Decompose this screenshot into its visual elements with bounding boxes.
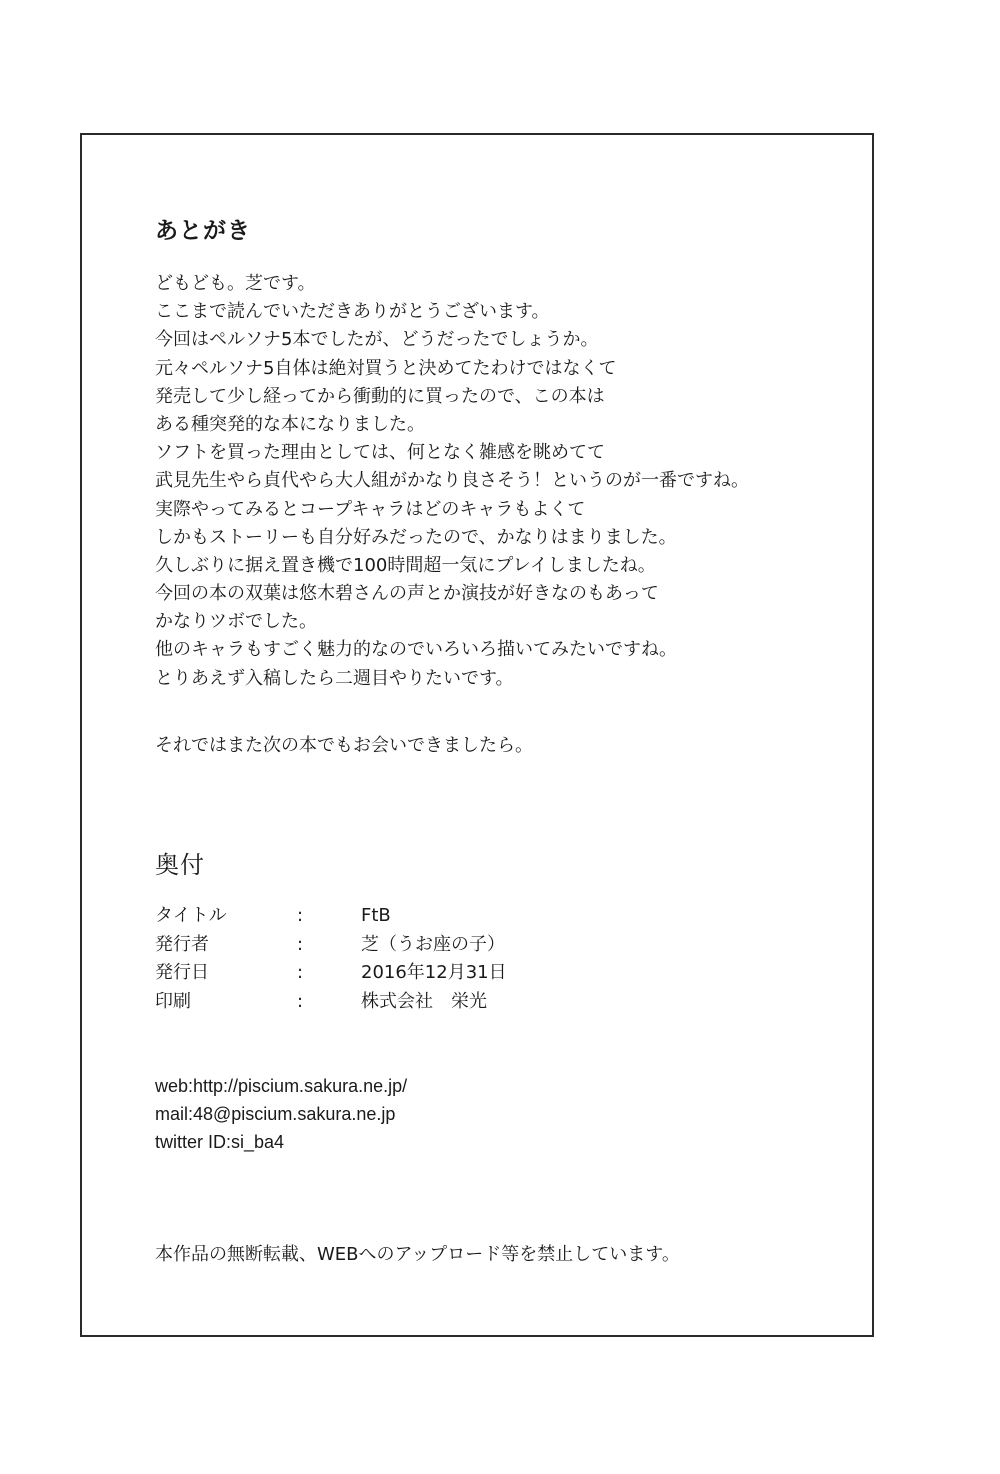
afterword-heading: あとがき (155, 212, 251, 245)
colophon-value: 株式会社 栄光 (361, 988, 487, 1017)
colophon-label: 印刷 (155, 988, 297, 1017)
afterword-line: とりあえず入稿したら二週目やりたいです。 (155, 665, 749, 693)
afterword-line: ある種突発的な本になりました。 (155, 411, 749, 439)
colophon-separator: : (297, 959, 361, 988)
colophon-label: 発行日 (155, 959, 297, 988)
colophon-value: FtB (361, 902, 391, 931)
colophon-separator: : (297, 931, 361, 960)
colophon-row-printer: 印刷 : 株式会社 栄光 (155, 988, 507, 1017)
afterword-line: ここまで読んでいただきありがとうございます。 (155, 298, 749, 326)
afterword-line: ソフトを買った理由としては、何となく雑感を眺めてて (155, 439, 749, 467)
afterword-line: 今回の本の双葉は悠木碧さんの声とか演技が好きなのもあって (155, 580, 749, 608)
afterword-line: 久しぶりに据え置き機で100時間超一気にプレイしましたね。 (155, 552, 749, 580)
afterword-body: どもども。芝です。 ここまで読んでいただきありがとうございます。 今回はペルソナ… (155, 270, 749, 693)
colophon-heading: 奥付 (155, 845, 205, 880)
copyright-notice: 本作品の無断転載、WEBへのアップロード等を禁止しています。 (155, 1240, 680, 1266)
afterword-line: 元々ペルソナ5自体は絶対買うと決めてたわけではなくて (155, 355, 749, 383)
twitter-id: twitter ID:si_ba4 (155, 1128, 407, 1156)
afterword-line: 他のキャラもすごく魅力的なのでいろいろ描いてみたいですね。 (155, 636, 749, 664)
afterword-line: 武見先生やら貞代やら大人組がかなり良さそう！というのが一番ですね。 (155, 467, 749, 495)
afterword-line: かなりツボでした。 (155, 608, 749, 636)
afterword-closing: それではまた次の本でもお会いできましたら。 (155, 731, 533, 757)
colophon-label: タイトル (155, 902, 297, 931)
afterword-line: どもども。芝です。 (155, 270, 749, 298)
mail-address: mail:48@piscium.sakura.ne.jp (155, 1100, 407, 1128)
afterword-line: 実際やってみるとコープキャラはどのキャラもよくて (155, 496, 749, 524)
colophon-value: 芝（うお座の子） (361, 931, 505, 960)
afterword-line: 発売して少し経ってから衝動的に買ったので、この本は (155, 383, 749, 411)
colophon-separator: : (297, 902, 361, 931)
colophon-row-date: 発行日 : 2016年12月31日 (155, 959, 507, 988)
colophon-separator: : (297, 988, 361, 1017)
afterword-line: しかもストーリーも自分好みだったので、かなりはまりました。 (155, 524, 749, 552)
colophon-row-publisher: 発行者 : 芝（うお座の子） (155, 931, 507, 960)
colophon-row-title: タイトル : FtB (155, 902, 507, 931)
web-url: web:http://piscium.sakura.ne.jp/ (155, 1072, 407, 1100)
colophon-value: 2016年12月31日 (361, 959, 507, 988)
colophon-table: タイトル : FtB 発行者 : 芝（うお座の子） 発行日 : 2016年12月… (155, 902, 507, 1016)
contact-info: web:http://piscium.sakura.ne.jp/ mail:48… (155, 1072, 407, 1156)
afterword-line: 今回はペルソナ5本でしたが、どうだったでしょうか。 (155, 326, 749, 354)
colophon-label: 発行者 (155, 931, 297, 960)
